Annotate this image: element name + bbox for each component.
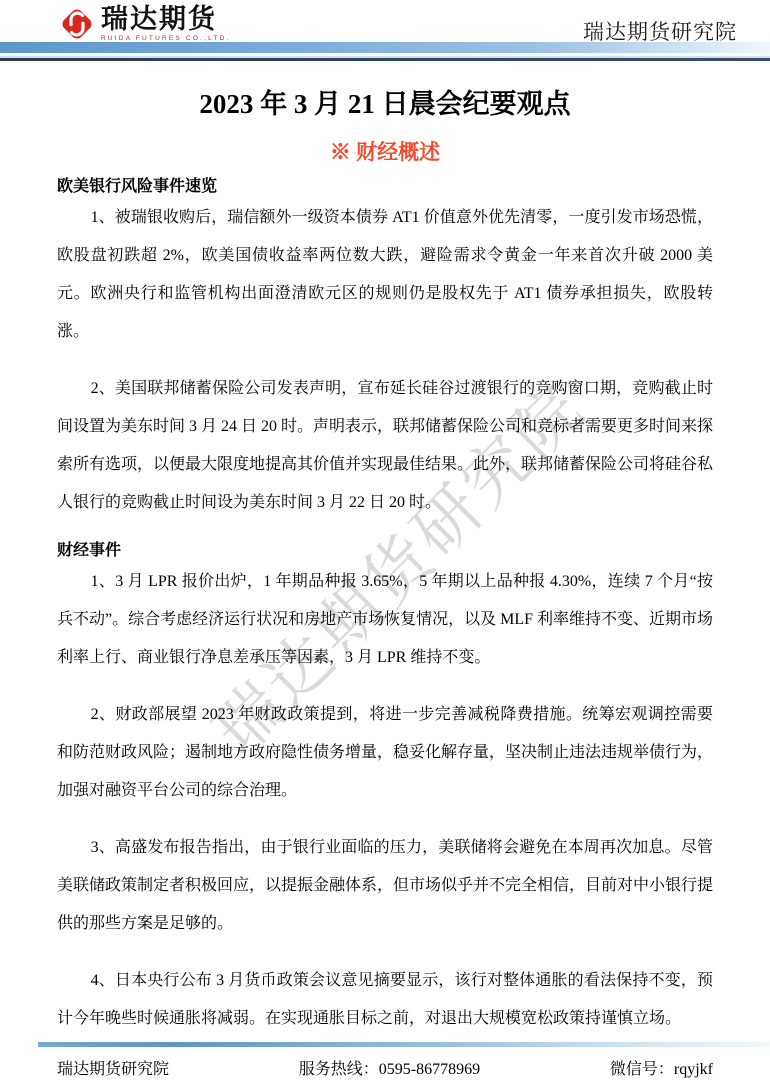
footer-divider-bar (38, 1042, 770, 1047)
footer-hotline: 服务热线：0595-86778969 (299, 1056, 480, 1079)
footer-hotline-label: 服务热线： (299, 1061, 379, 1078)
footer-hotline-number: 0595-86778969 (379, 1061, 480, 1078)
brand-logo: 瑞达期货 RUIDA FUTURES CO.,LTD. (57, 4, 231, 44)
paragraph: 3、高盛发布报告指出，由于银行业面临的压力，美联储将会避免在本周再次加息。尽管美… (57, 829, 713, 943)
brand-name: 瑞达期货 (101, 4, 231, 34)
page-header: 瑞达期货 RUIDA FUTURES CO.,LTD. 瑞达期货研究院 (0, 0, 770, 42)
ruida-swirl-icon (57, 4, 97, 44)
document-body: 2023 年 3 月 21 日晨会纪要观点 ※ 财经概述 欧美银行风险事件速览 … (57, 61, 713, 1057)
footer-institute: 瑞达期货研究院 (57, 1056, 169, 1079)
footer-text-row: 瑞达期货研究院 服务热线：0595-86778969 微信号：rqyjkf (57, 1056, 713, 1079)
footer-wechat: 微信号：rqyjkf (610, 1056, 713, 1079)
section-marker: ※ 财经概述 (57, 139, 713, 165)
paragraph: 1、被瑞银收购后，瑞信额外一级资本债券 AT1 价值意外优先清零，一度引发市场恐… (57, 199, 713, 351)
paragraph: 2、财政部展望 2023 年财政政策提到，将进一步完善减税降费措施。统筹宏观调控… (57, 696, 713, 810)
footer-wechat-label: 微信号： (610, 1061, 674, 1078)
brand-text-block: 瑞达期货 RUIDA FUTURES CO.,LTD. (101, 4, 231, 42)
footer-wechat-id: rqyjkf (674, 1061, 713, 1078)
paragraph: 4、日本央行公布 3 月货币政策会议意见摘要显示，该行对整体通胀的看法保持不变，… (57, 962, 713, 1038)
document-page: 瑞达期货研究院 瑞达期货 RUIDA FUTURES CO.,LTD. 瑞达期货… (0, 0, 770, 1090)
section-heading-bank-risk: 欧美银行风险事件速览 (57, 177, 713, 197)
section-heading-finance-events: 财经事件 (57, 541, 713, 561)
paragraph: 1、3 月 LPR 报价出炉，1 年期品种报 3.65%，5 年期以上品种报 4… (57, 563, 713, 677)
paragraph: 2、美国联邦储蓄保险公司发表声明，宣布延长硅谷过渡银行的竞购窗口期，竞购截止时间… (57, 370, 713, 522)
brand-subtitle: RUIDA FUTURES CO.,LTD. (101, 35, 231, 42)
header-institute-title: 瑞达期货研究院 (583, 16, 737, 46)
page-title: 2023 年 3 月 21 日晨会纪要观点 (57, 86, 713, 122)
page-footer: 瑞达期货研究院 服务热线：0595-86778969 微信号：rqyjkf (0, 1042, 770, 1090)
section-marker-text: ※ 财经概述 (330, 140, 440, 164)
